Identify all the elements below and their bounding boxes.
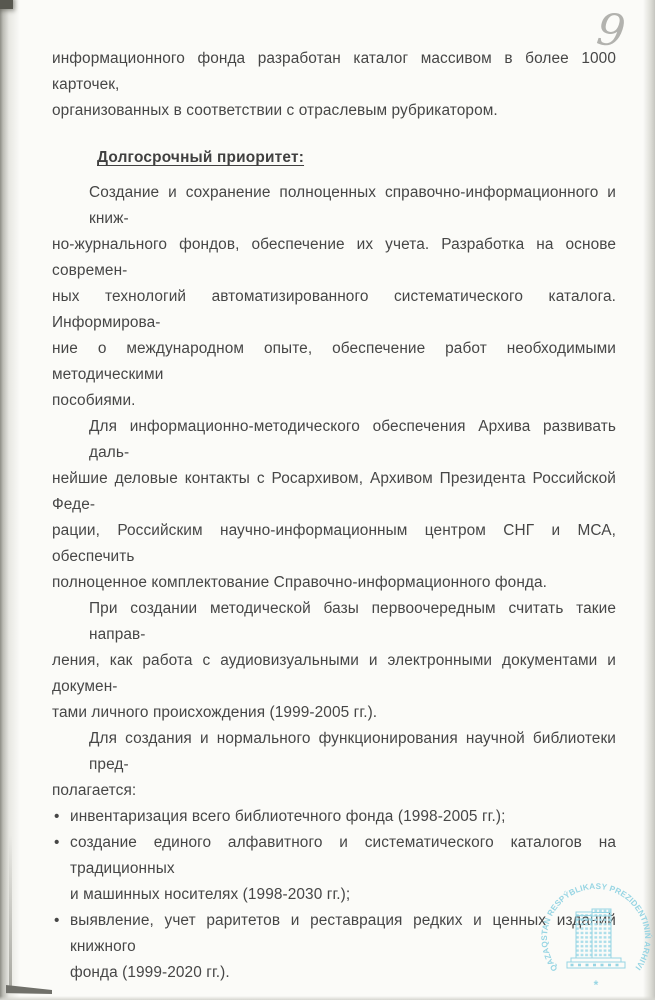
text-line: ных технологий автоматизированного систе… <box>52 284 616 336</box>
text-line: Для создания и нормального функционирова… <box>52 726 616 778</box>
paragraph: Для создания и нормального функционирова… <box>52 726 616 804</box>
bullet-item: •выявление, учет раритетов и реставрация… <box>52 908 616 986</box>
archive-building-icon <box>567 909 625 968</box>
bullet-marker-icon: • <box>54 804 60 830</box>
text-line: При создании методической базы первоочер… <box>52 596 616 648</box>
text-line: инвентаризация всего библиотечного фонда… <box>70 804 616 830</box>
text-line: информационного фонда разработан каталог… <box>52 46 616 98</box>
archive-stamp: QAZAQSTAN RESPÝBLIKASY PREZIDENTINIŃ ARH… <box>534 874 655 1000</box>
text-line: пособиями. <box>52 388 616 414</box>
bullet-marker-icon: • <box>54 830 60 856</box>
scanned-document-page: { "page": { "handwritten_number": "9", "… <box>0 0 655 1000</box>
paragraph: При создании методической базы первоочер… <box>52 596 616 726</box>
text-line: полноценное комплектование Справочно-инф… <box>52 570 616 596</box>
top-left-scan-corner <box>0 0 13 9</box>
paragraph: Для информационно-методического обеспече… <box>52 414 616 596</box>
bullet-list: •инвентаризация всего библиотечного фонд… <box>52 804 616 986</box>
document-text-column: информационного фонда разработан каталог… <box>52 46 616 986</box>
bullet-marker-icon: • <box>54 908 60 934</box>
text-line: организованных в соответствии с отраслев… <box>52 98 616 124</box>
text-line: ние о международном опыте, обеспечение р… <box>52 336 616 388</box>
section-heading: Долгосрочный приоритет: <box>52 145 616 171</box>
text-line: но-журнального фондов, обеспечение их уч… <box>52 232 616 284</box>
text-line: Создание и сохранение полноценных справо… <box>52 180 616 232</box>
bottom-left-scan-shadow <box>6 985 52 994</box>
right-scan-edge <box>643 0 655 1000</box>
bullet-item: •инвентаризация всего библиотечного фонд… <box>52 804 616 830</box>
left-fold-shadow <box>9 835 12 987</box>
intro-paragraph: информационного фонда разработан каталог… <box>52 46 616 124</box>
text-line: рации, Российским научно-информационным … <box>52 518 616 570</box>
bullet-item: •создание единого алфавитного и системат… <box>52 830 616 908</box>
text-line: ления, как работа с аудиовизуальными и э… <box>52 648 616 700</box>
text-line: Для информационно-методического обеспече… <box>52 414 616 466</box>
text-line: полагается: <box>52 778 616 804</box>
text-line: нейшие деловые контакты с Росархивом, Ар… <box>52 466 616 518</box>
paragraph: Создание и сохранение полноценных справо… <box>52 180 616 414</box>
body-paragraphs: Создание и сохранение полноценных справо… <box>52 180 616 804</box>
text-line: тами личного происхождения (1999-2005 гг… <box>52 700 616 726</box>
stamp-star: * <box>594 978 599 992</box>
